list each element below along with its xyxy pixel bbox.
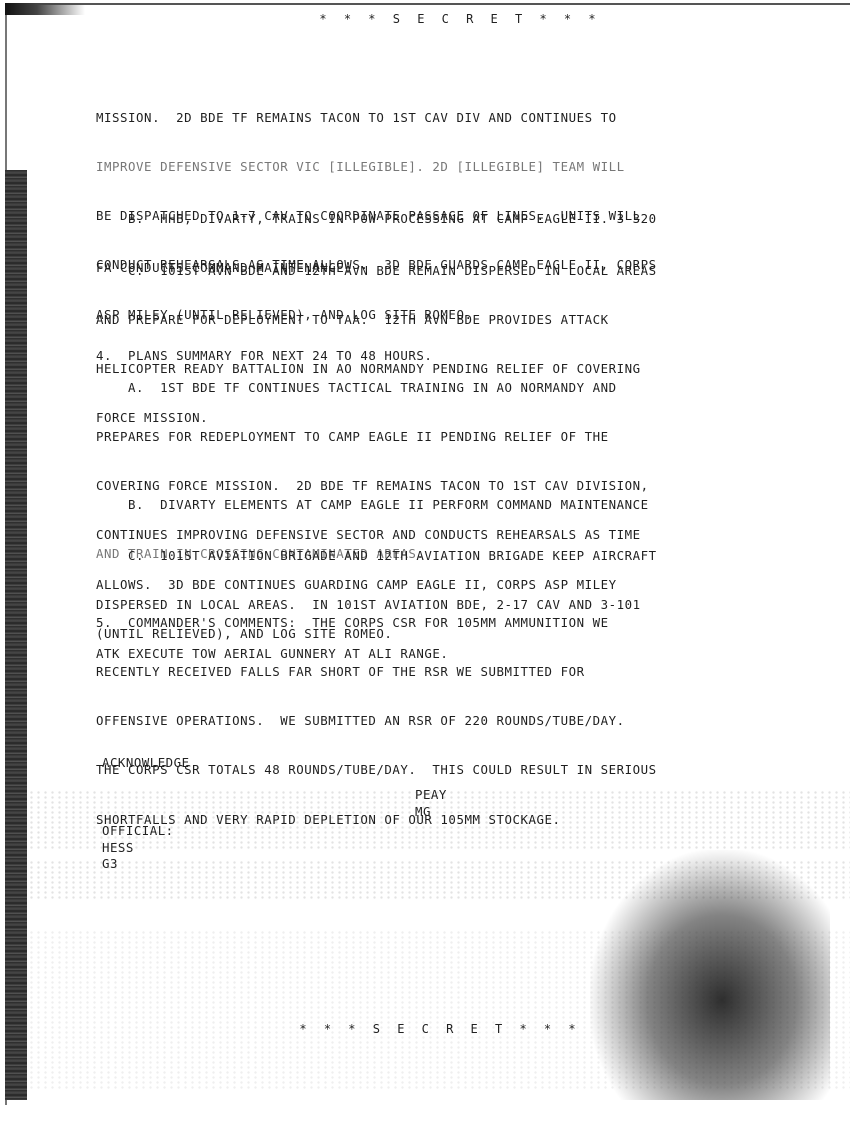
paragraph-5-commanders-comments: 5. COMMANDER'S COMMENTS: THE CORPS CSR F…: [96, 582, 826, 845]
official-name: HESS: [102, 840, 134, 855]
text-line: RECENTLY RECEIVED FALLS FAR SHORT OF THE…: [96, 664, 826, 680]
text-line: SHORTFALLS AND VERY RAPID DEPLETION OF O…: [96, 812, 826, 828]
text-line: 5. COMMANDER'S COMMENTS: THE CORPS CSR F…: [96, 615, 826, 631]
classification-banner-bottom: * * * S E C R E T * * *: [15, 1022, 850, 1036]
text-line: PREPARES FOR REDEPLOYMENT TO CAMP EAGLE …: [96, 429, 826, 445]
classification-banner-top: * * * S E C R E T * * *: [35, 12, 850, 26]
scan-artifact-left-band: [5, 170, 27, 1100]
text-line-partially-illegible: IMPROVE DEFENSIVE SECTOR VIC [ILLEGIBLE]…: [96, 159, 826, 175]
signer-name: PEAY: [415, 787, 447, 802]
text-line: MISSION. 2D BDE TF REMAINS TACON TO 1ST …: [96, 110, 826, 126]
text-line: B. DIVARTY ELEMENTS AT CAMP EAGLE II PER…: [96, 497, 826, 513]
text-line: THE CORPS CSR TOTALS 48 ROUNDS/TUBE/DAY.…: [96, 762, 826, 778]
text-line: C. 101ST AVN BDE AND 12TH AVN BDE REMAIN…: [96, 263, 826, 279]
scan-blot: [590, 850, 830, 1100]
text-line: A. 1ST BDE TF CONTINUES TACTICAL TRAININ…: [96, 380, 826, 396]
acknowledge-label: ACKNOWLEDGE: [102, 755, 190, 770]
signer-rank: MG: [415, 804, 431, 819]
official-title: G3: [102, 856, 118, 871]
text-line: B. HHB, DIVARTY, TRAINS IN POW PROCESSIN…: [96, 211, 826, 227]
text-line: OFFENSIVE OPERATIONS. WE SUBMITTED AN RS…: [96, 713, 826, 729]
text-line: C. 101ST AVIATION BRIGADE AND 12TH AVIAT…: [96, 548, 826, 564]
official-label: OFFICIAL:: [102, 823, 174, 838]
